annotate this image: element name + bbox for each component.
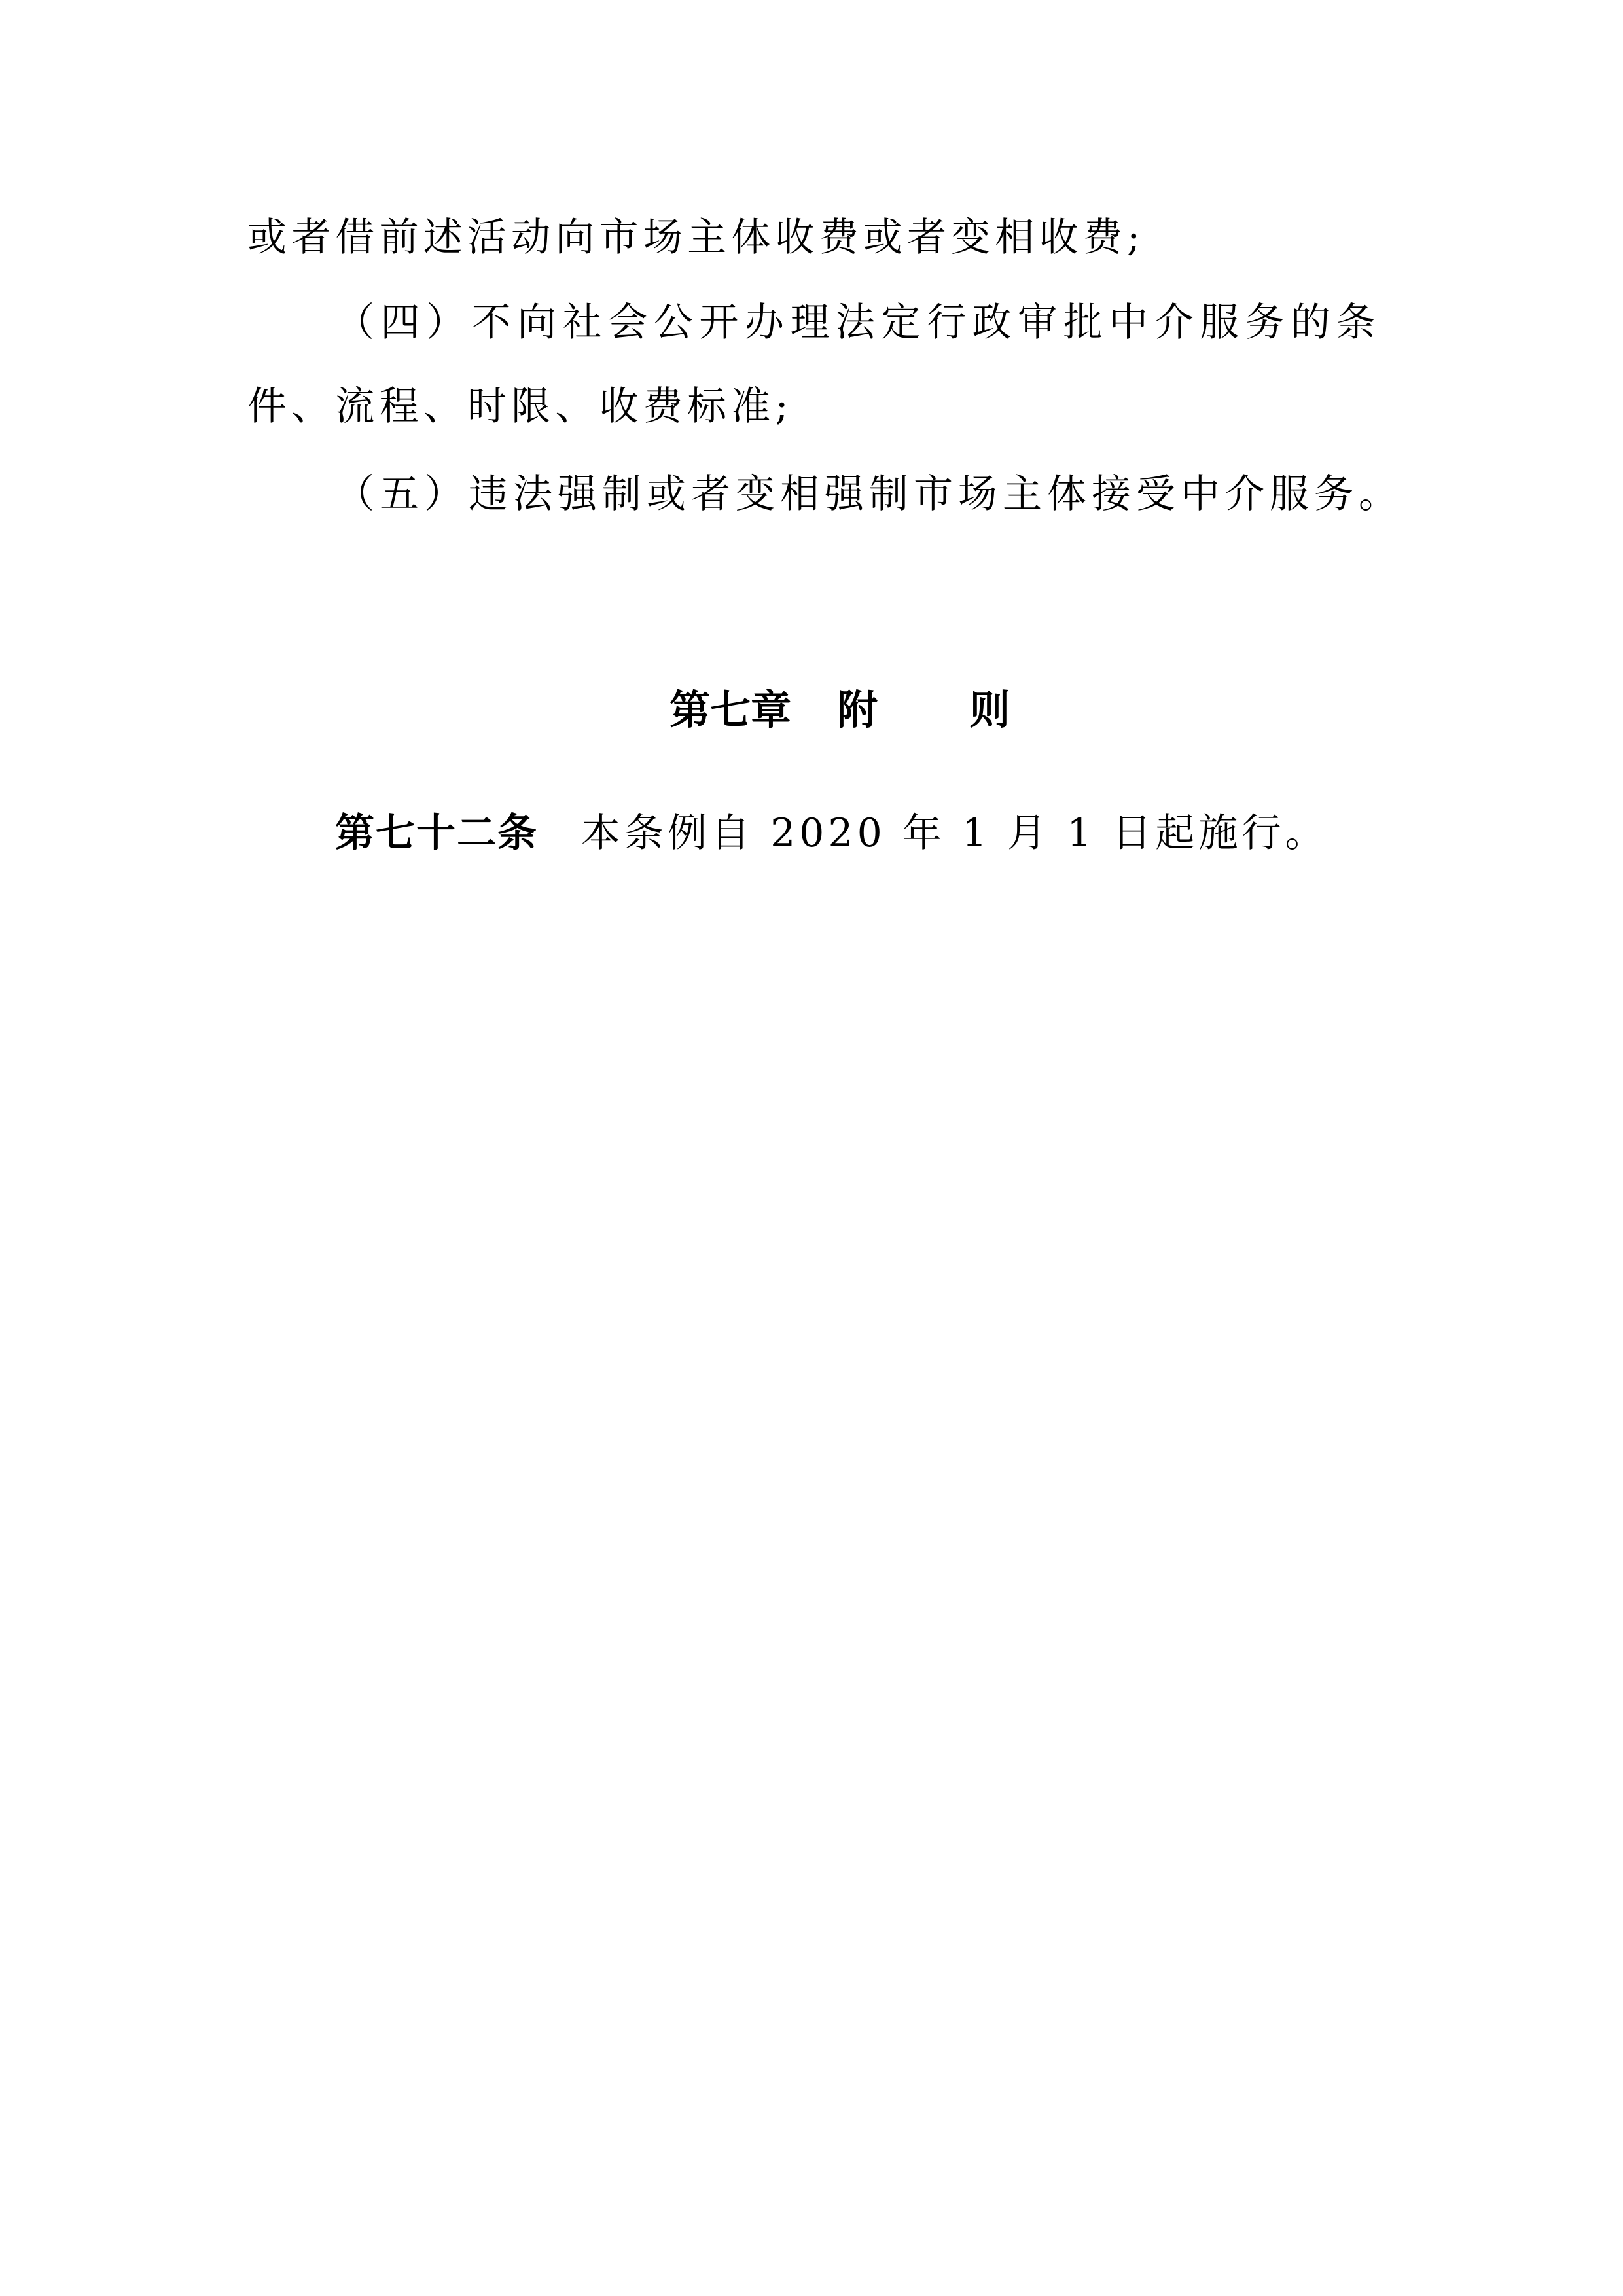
article-number: 第七十二条 [335,810,538,856]
article-text: 本条例自 2020 年 1 月 1 日起施行。 [581,810,1328,856]
article-paragraph: 第七十二条本条例自 2020 年 1 月 1 日起施行。 [335,810,1328,856]
chapter-title-part2: 则 [969,687,1010,733]
chapter-title-part1: 附 [837,687,878,733]
paragraph-continuation-line: 或者借前述活动向市场主体收费或者变相收费; [247,215,1145,260]
clause-four-line-2: 件、流程、时限、收费标准; [247,384,793,429]
clause-five-line: （五）违法强制或者变相强制市场主体接受中介服务。 [335,471,1403,517]
chapter-heading: 第七章附则 [0,641,1623,779]
chapter-number: 第七章 [669,687,791,733]
document-page: 或者借前述活动向市场主体收费或者变相收费; （四）不向社会公开办理法定行政审批中… [0,0,1623,2296]
clause-four-line-1: （四）不向社会公开办理法定行政审批中介服务的条 [335,300,1376,346]
